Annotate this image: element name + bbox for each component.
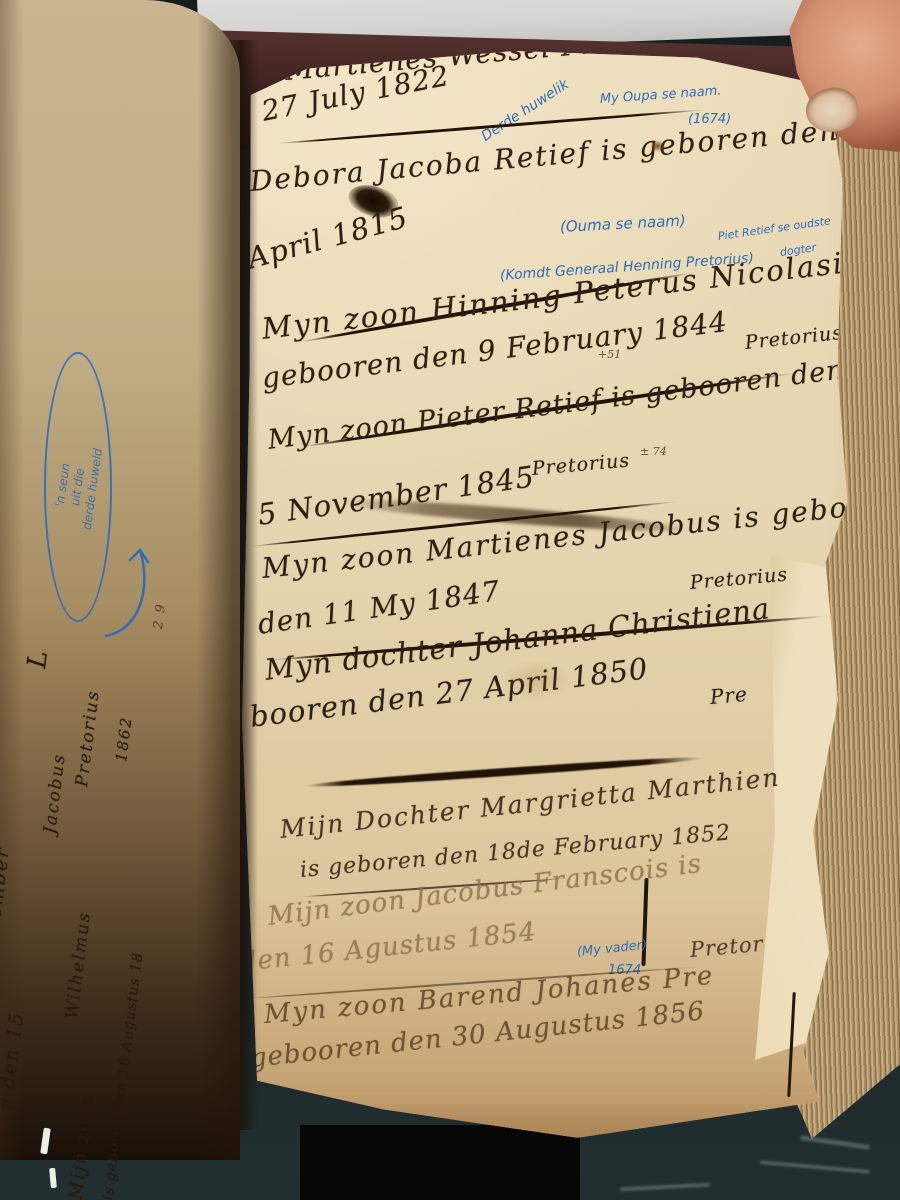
table-highlight-streak bbox=[800, 1135, 870, 1150]
surname-pretorius: Pretorius bbox=[531, 449, 631, 479]
table-highlight-streak bbox=[620, 1183, 710, 1192]
faint-stain bbox=[502, 660, 572, 700]
sideways-fragment: Jacobus bbox=[40, 752, 70, 835]
sideways-fragment: Wilhelmus bbox=[62, 910, 95, 1020]
brown-stain bbox=[650, 140, 665, 152]
margin-mark: ± 74 bbox=[640, 445, 667, 458]
surname-pretorius: Pretorius bbox=[744, 322, 844, 354]
sideways-fragment: Pretorius bbox=[72, 688, 104, 788]
right-page: Fol. 72 8 Martienes Wessel Pretorius is … bbox=[232, 40, 860, 1140]
photo-open-register-book: Fol. 72 8 Martienes Wessel Pretorius is … bbox=[0, 0, 900, 1200]
table-black-strip bbox=[300, 1125, 580, 1200]
table-highlight-streak bbox=[760, 1160, 870, 1174]
sideways-fragment: n den 15 bbox=[0, 1010, 28, 1112]
blue-arrow bbox=[100, 540, 164, 640]
sideways-fragment: 1862 bbox=[112, 715, 135, 763]
sideways-fragment: December bbox=[0, 845, 14, 962]
blue-note-oupa: My Oupa se naam. bbox=[599, 84, 721, 107]
surname-pre: Pre bbox=[709, 682, 749, 709]
left-page: L n den 15 December Mijn zoon Wilhelmus … bbox=[0, 0, 240, 1160]
entry-line: Debora Jacoba Retief is geboren den 19 bbox=[249, 109, 891, 198]
surname-pretor: Pretor bbox=[689, 932, 765, 962]
entry-line: April 1815 bbox=[244, 200, 412, 276]
blue-note-my-vader: (My vader) bbox=[576, 938, 648, 960]
blue-note-piet-retief: Piet Retief se oudste bbox=[717, 214, 831, 243]
blue-note-ouma: (Ouma se naam) bbox=[560, 211, 687, 236]
sideways-fragment: L bbox=[22, 647, 54, 670]
margin-mark: +51 bbox=[598, 348, 621, 361]
blue-note-derde-huwelik: Derde huwelik bbox=[479, 76, 572, 144]
